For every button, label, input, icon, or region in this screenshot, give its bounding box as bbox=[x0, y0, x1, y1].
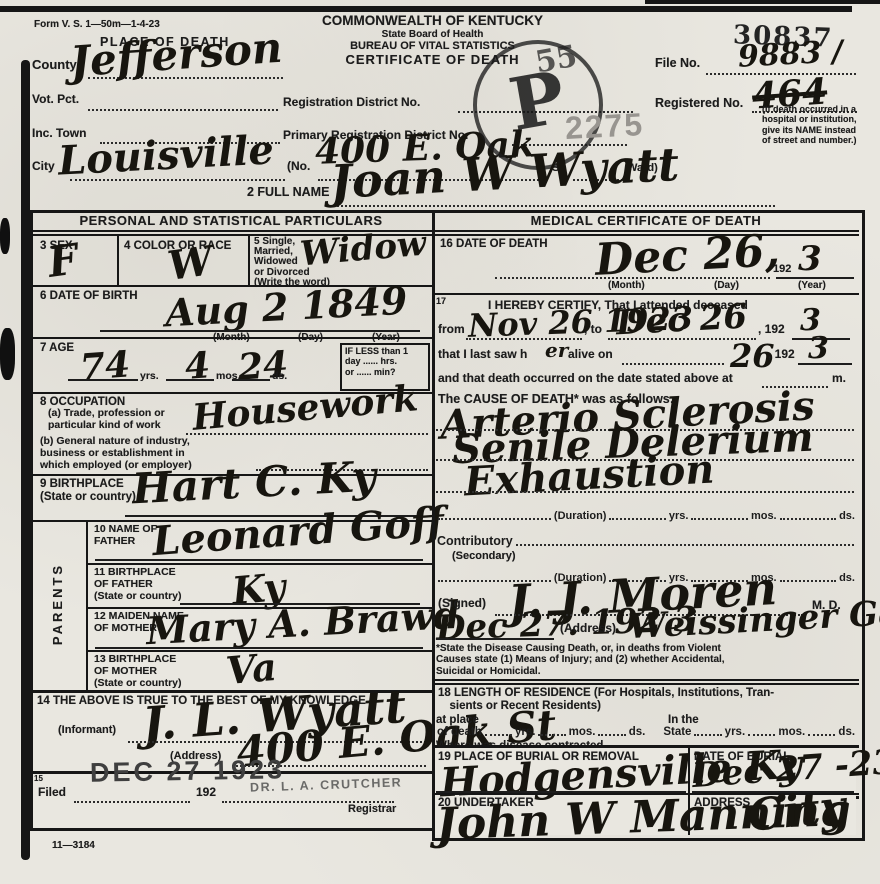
informant-label: (Informant) bbox=[58, 724, 116, 737]
last-saw-label: that I last saw h bbox=[438, 348, 527, 362]
voting-precinct-label: Vot. Pct. bbox=[32, 93, 79, 107]
rule bbox=[432, 293, 859, 295]
marital-value-handwriting: Widow bbox=[299, 227, 428, 272]
age-label: 7 AGE bbox=[40, 342, 74, 355]
voting-precinct-line bbox=[88, 108, 278, 111]
dod-year-printed: 192 bbox=[773, 263, 791, 276]
last-year-handwriting: 3 bbox=[808, 334, 829, 364]
age-years-line bbox=[68, 378, 138, 381]
signed-date-line bbox=[436, 637, 554, 640]
stamp-number: 55 bbox=[533, 39, 580, 81]
residence-title: 18 LENGTH OF RESIDENCE (For Hospitals, I… bbox=[438, 687, 856, 713]
dod-year-line bbox=[776, 276, 854, 279]
dob-label: 6 DATE OF BIRTH bbox=[40, 290, 138, 303]
scan-blob bbox=[0, 218, 10, 254]
residence-line bbox=[485, 733, 512, 736]
age-months-line bbox=[166, 378, 214, 381]
residence-line bbox=[694, 733, 721, 736]
residence-duration-row: of death yrs. mos. ds. State yrs. mos. d… bbox=[436, 726, 856, 738]
filed-item-number: 15 bbox=[34, 774, 43, 783]
duration-label: (Duration) bbox=[553, 510, 608, 522]
mother-birthplace-handwriting: Va bbox=[224, 648, 278, 690]
county-value-handwriting: Jefferson bbox=[69, 27, 284, 84]
residence-yrs-label: yrs. bbox=[514, 726, 536, 738]
state-yrs-label: yrs. bbox=[724, 726, 746, 738]
duration-line bbox=[691, 517, 747, 520]
certify-from-label: from bbox=[438, 323, 465, 337]
registered-no-label: Registered No. bbox=[655, 96, 743, 110]
duration-line bbox=[780, 579, 836, 582]
secondary-label: (Secondary) bbox=[452, 550, 516, 563]
certify-to-year-printed: , 192 bbox=[758, 323, 785, 337]
hospital-note: (If death occurred in a hospital or inst… bbox=[762, 104, 868, 145]
file-no-label: File No. bbox=[655, 56, 700, 70]
death-certificate-scan: Form V. S. 1—50m—1-4-23 PLACE OF DEATH C… bbox=[0, 0, 880, 884]
house-number-label: (No. bbox=[287, 160, 310, 174]
dod-day-label: (Day) bbox=[714, 280, 739, 291]
dod-year-label: (Year) bbox=[798, 280, 826, 291]
scan-edge-top bbox=[0, 6, 852, 12]
sex-value-handwriting: F bbox=[45, 238, 80, 284]
filed-label: Filed bbox=[38, 786, 66, 800]
date-of-death-handwriting: Dec 26, bbox=[594, 229, 781, 283]
full-name-label: 2 FULL NAME bbox=[247, 185, 329, 199]
occupation-a-line bbox=[186, 432, 428, 435]
form-number: Form V. S. 1—50m—1-4-23 bbox=[34, 19, 160, 30]
birthplace-handwriting: Hart C. Ky bbox=[131, 456, 377, 511]
duration-line bbox=[780, 517, 836, 520]
last-year-printed: , 192 bbox=[768, 348, 795, 362]
medical-section-title: MEDICAL CERTIFICATE OF DEATH bbox=[436, 214, 856, 229]
contributory-row: Contributory bbox=[436, 534, 856, 548]
duration-ds-label: ds. bbox=[838, 510, 856, 522]
age-yrs-label: yrs. bbox=[140, 371, 159, 383]
form-bottom-code: 11—3184 bbox=[52, 840, 95, 851]
filed-line bbox=[74, 800, 190, 803]
father-birthplace-label: 11 BIRTHPLACE OF FATHER (State or countr… bbox=[94, 567, 182, 603]
if-less-text: IF LESS than 1 day ...... hrs. or ......… bbox=[345, 346, 408, 377]
scan-binding-bar bbox=[21, 60, 30, 860]
contributory-label: Contributory bbox=[436, 534, 514, 548]
registration-district-label: Registration District No. bbox=[283, 96, 420, 110]
age-ds-label: ds. bbox=[272, 371, 287, 383]
parents-divider bbox=[86, 520, 88, 692]
duration-ds-label: ds. bbox=[838, 572, 856, 584]
alive-on-line bbox=[622, 362, 724, 365]
duration-yrs-label: yrs. bbox=[668, 510, 690, 522]
dod-line bbox=[495, 276, 770, 279]
dod-month-label: (Month) bbox=[608, 280, 645, 291]
file-no-handwritten-value: 9883 / bbox=[737, 37, 843, 72]
state-mos-label: mos. bbox=[777, 726, 806, 738]
scan-edge-top-right bbox=[645, 0, 880, 4]
father-name-label: 10 NAME OF FATHER bbox=[94, 524, 157, 548]
birthplace-label: 9 BIRTHPLACE (State or country) bbox=[40, 478, 136, 504]
age-days-line bbox=[232, 378, 270, 381]
filed-year-printed: 192 bbox=[196, 786, 216, 800]
duration-mos-label: mos. bbox=[750, 510, 778, 522]
rule bbox=[432, 679, 859, 681]
last-year-line bbox=[798, 362, 852, 365]
cell-divider bbox=[248, 234, 250, 285]
commonwealth-title: COMMONWEALTH OF KENTUCKY bbox=[300, 13, 565, 28]
rule bbox=[432, 683, 859, 685]
parents-vertical-label: PARENTS bbox=[51, 554, 69, 654]
residence-line bbox=[598, 733, 625, 736]
mother-birthplace-label: 13 BIRTHPLACE OF MOTHER (State or countr… bbox=[94, 654, 182, 690]
residence-line bbox=[748, 733, 775, 736]
residence-line bbox=[808, 733, 835, 736]
residence-mos-label: mos. bbox=[568, 726, 597, 738]
contributory-line bbox=[516, 543, 854, 546]
occupation-a-label: (a) Trade, profession or particular kind… bbox=[48, 408, 165, 432]
age-mos-label: mos. bbox=[216, 371, 241, 383]
city-label: City bbox=[32, 160, 55, 174]
alive-on-label: alive on bbox=[568, 348, 613, 362]
duration-line bbox=[609, 517, 665, 520]
cause-3-line bbox=[436, 490, 854, 493]
undertaker-address-handwriting: City bbox=[746, 785, 848, 839]
of-death-label: of death bbox=[436, 726, 483, 738]
residence-ds-label: ds. bbox=[628, 726, 647, 738]
certify-item-number: 17 bbox=[436, 296, 446, 306]
duration-line bbox=[438, 517, 551, 520]
meridiem-label: m. bbox=[832, 372, 846, 386]
death-occurred-label: and that death occurred on the date stat… bbox=[438, 372, 733, 386]
residence-line bbox=[538, 733, 565, 736]
violent-causes-footnote: *State the Disease Causing Death, or, in… bbox=[436, 643, 858, 677]
father-name-line bbox=[95, 558, 423, 561]
race-value-handwriting: W bbox=[165, 241, 215, 287]
certify-to-label: , to bbox=[584, 323, 602, 337]
state-ds-label: ds. bbox=[837, 726, 856, 738]
last-saw-pronoun-handwriting: er bbox=[545, 340, 568, 360]
physician-address-label: (Address) bbox=[560, 622, 616, 636]
registrar-label: Registrar bbox=[348, 803, 396, 816]
date-of-death-label: 16 DATE OF DEATH bbox=[440, 238, 548, 251]
scan-blob bbox=[0, 328, 15, 380]
rule bbox=[30, 337, 432, 339]
personal-section-title: PERSONAL AND STATISTICAL PARTICULARS bbox=[36, 214, 426, 229]
certify-to-handwriting: Dec 26 bbox=[615, 300, 748, 341]
cell-divider bbox=[117, 234, 119, 285]
state-board-subtitle: State Board of Health bbox=[300, 29, 565, 40]
state-label: State bbox=[662, 726, 692, 738]
city-value-handwriting: Louisville bbox=[57, 130, 275, 181]
dod-year-handwriting: 3 bbox=[798, 242, 822, 276]
duration-primary-row: (Duration) yrs. mos. ds. bbox=[436, 510, 856, 522]
rule bbox=[86, 563, 432, 565]
